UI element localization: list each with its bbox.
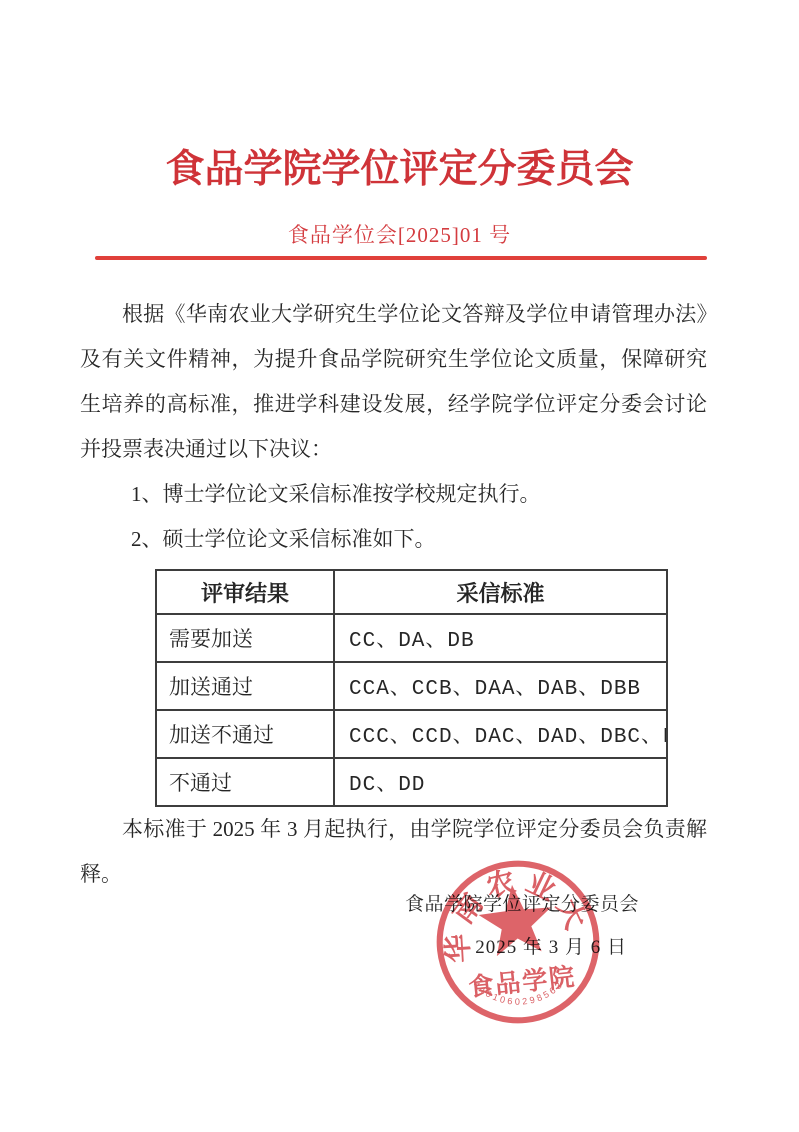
body-paragraph: 根据《华南农业大学研究生学位论文答辩及学位申请管理办法》及有关文件精神，为提升食…: [80, 292, 707, 472]
table-cell-standard: DC、DD: [334, 758, 667, 806]
table-header-result: 评审结果: [156, 570, 334, 614]
signature-org: 食品学院学位评定分委员会: [405, 889, 639, 916]
decision-item-1: 1、博士学位论文采信标准按学校规定执行。: [80, 472, 707, 517]
red-divider-rule: [95, 256, 707, 260]
seal-center-text: 食品学院: [467, 963, 577, 1002]
table-cell-result: 不通过: [156, 758, 334, 806]
table-cell-standard: CCA、CCB、DAA、DAB、DBB: [334, 662, 667, 710]
table-header-row: 评审结果 采信标准: [156, 570, 667, 614]
table-cell-standard: CC、DA、DB: [334, 614, 667, 662]
table-row: 不通过DC、DD: [156, 758, 667, 806]
table-row: 加送通过CCA、CCB、DAA、DAB、DBB: [156, 662, 667, 710]
table-row: 需要加送CC、DA、DB: [156, 614, 667, 662]
closing-paragraph: 本标准于 2025 年 3 月起执行，由学院学位评定分委员会负责解释。: [80, 807, 707, 897]
table-cell-result: 加送通过: [156, 662, 334, 710]
document-title: 食品学院学位评定分委员会: [0, 138, 799, 194]
table-cell-result: 需要加送: [156, 614, 334, 662]
table-cell-result: 加送不通过: [156, 710, 334, 758]
document-number: 食品学位会[2025]01 号: [0, 219, 799, 249]
table-row: 加送不通过CCC、CCD、DAC、DAD、DBC、DBD: [156, 710, 667, 758]
table-cell-standard: CCC、CCD、DAC、DAD、DBC、DBD: [334, 710, 667, 758]
standards-table: 评审结果 采信标准 需要加送CC、DA、DB加送通过CCA、CCB、DAA、DA…: [155, 569, 668, 807]
table-header-standard: 采信标准: [334, 570, 667, 614]
document-body: 根据《华南农业大学研究生学位论文答辩及学位申请管理办法》及有关文件精神，为提升食…: [80, 292, 707, 897]
seal-code: 4401060298563: [471, 971, 568, 1012]
signature-date: 2025 年 3 月 6 日: [475, 932, 627, 959]
decision-item-2: 2、硕士学位论文采信标准如下。: [80, 517, 707, 562]
table-body: 需要加送CC、DA、DB加送通过CCA、CCB、DAA、DAB、DBB加送不通过…: [156, 614, 667, 806]
document-page: 食品学院学位评定分委员会 食品学位会[2025]01 号 根据《华南农业大学研究…: [0, 0, 799, 1132]
